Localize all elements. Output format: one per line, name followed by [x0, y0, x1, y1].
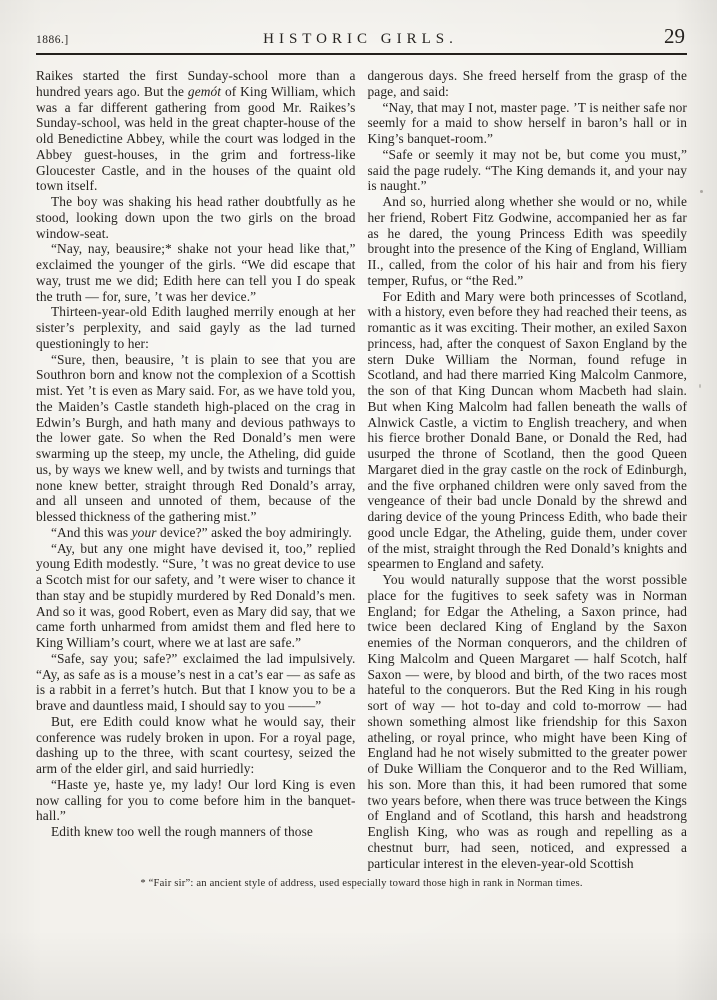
body-text: Edith knew too well the rough manners of…: [51, 824, 313, 839]
body-text: Thirteen-year-old Edith laughed merrily …: [36, 304, 356, 351]
page-number: 29: [565, 24, 685, 49]
paragraph: “Ay, but any one might have devised it, …: [36, 541, 356, 651]
body-text: You would naturally suppose that the wor…: [368, 572, 688, 871]
body-text: “Safe, say you; safe?” exclaimed the lad…: [36, 651, 356, 713]
text-columns: Raikes started the first Sunday-school m…: [36, 68, 687, 871]
header-rule: [36, 53, 687, 55]
left-column: Raikes started the first Sunday-school m…: [36, 68, 356, 871]
body-text: “Safe or seemly it may not be, but come …: [368, 147, 688, 194]
body-text: “Nay, nay, beausire;* shake not your hea…: [36, 241, 356, 303]
paragraph: “Safe or seemly it may not be, but come …: [368, 147, 688, 194]
paragraph: dangerous days. She freed herself from t…: [368, 68, 688, 100]
page-title: HISTORIC GIRLS.: [156, 31, 565, 48]
scan-speck: [700, 190, 703, 193]
paragraph: “Nay, nay, beausire;* shake not your hea…: [36, 241, 356, 304]
body-text: of King William, which was a far differe…: [36, 84, 356, 194]
body-text: “Nay, that may I not, master page. ’T is…: [368, 100, 688, 147]
italic-text: your: [132, 525, 157, 540]
paragraph: You would naturally suppose that the wor…: [368, 572, 688, 871]
paragraph: But, ere Edith could know what he would …: [36, 714, 356, 777]
paragraph: Raikes started the first Sunday-school m…: [36, 68, 356, 194]
body-text: “Ay, but any one might have devised it, …: [36, 541, 356, 651]
page-header: 1886.] HISTORIC GIRLS. 29: [36, 24, 685, 49]
body-text: “And this was: [51, 525, 132, 540]
paragraph: And so, hurried along whether she would …: [368, 194, 688, 289]
body-text: But, ere Edith could know what he would …: [36, 714, 356, 776]
body-text: And so, hurried along whether she would …: [368, 194, 688, 288]
body-text: device?” asked the boy admiringly.: [157, 525, 352, 540]
italic-text: gemót: [188, 84, 221, 99]
paragraph: For Edith and Mary were both princesses …: [368, 289, 688, 573]
paragraph: “Nay, that may I not, master page. ’T is…: [368, 100, 688, 147]
paragraph: “And this was your device?” asked the bo…: [36, 525, 356, 541]
right-column: dangerous days. She freed herself from t…: [368, 68, 688, 871]
scan-speck: [699, 384, 701, 388]
paragraph: “Safe, say you; safe?” exclaimed the lad…: [36, 651, 356, 714]
body-text: “Sure, then, beausire, ’t is plain to se…: [36, 352, 356, 525]
paragraph: Edith knew too well the rough manners of…: [36, 824, 356, 840]
paragraph: The boy was shaking his head rather doub…: [36, 194, 356, 241]
paragraph: “Sure, then, beausire, ’t is plain to se…: [36, 352, 356, 525]
paragraph: Thirteen-year-old Edith laughed merrily …: [36, 304, 356, 351]
body-text: “Haste ye, haste ye, my lady! Our lord K…: [36, 777, 356, 824]
body-text: dangerous days. She freed herself from t…: [368, 68, 688, 99]
footnote: * “Fair sir”: an ancient style of addres…: [36, 878, 687, 889]
body-text: The boy was shaking his head rather doub…: [36, 194, 356, 241]
body-text: For Edith and Mary were both princesses …: [368, 289, 688, 572]
footnote-text: * “Fair sir”: an ancient style of addres…: [140, 878, 582, 889]
paragraph: “Haste ye, haste ye, my lady! Our lord K…: [36, 777, 356, 824]
book-page: 1886.] HISTORIC GIRLS. 29 Raikes started…: [0, 0, 717, 1000]
header-date: 1886.]: [36, 34, 156, 46]
